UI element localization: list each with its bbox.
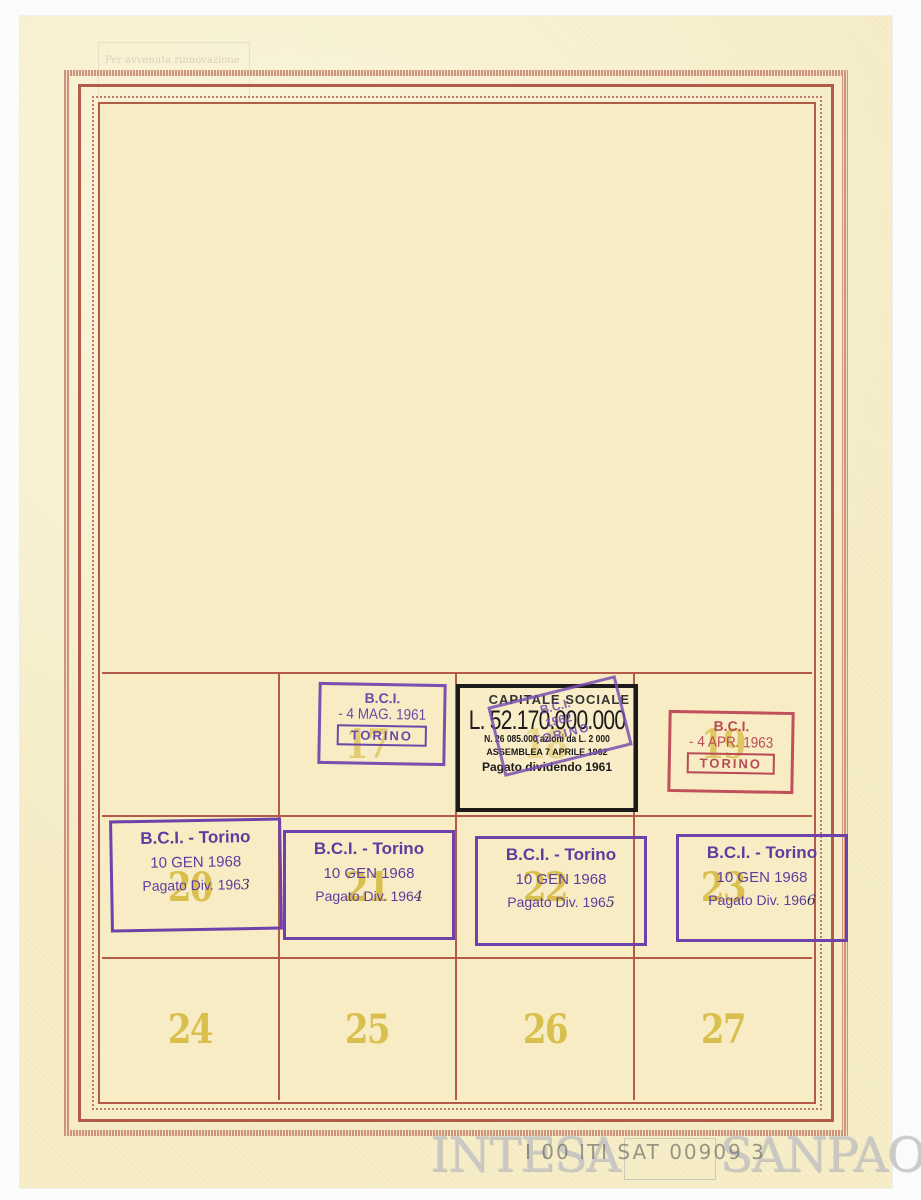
coupon-cell: 27 (635, 957, 813, 1100)
dividend-stamp: B.C.I. - Torino 10 GEN 1968 Pagato Div. … (109, 818, 283, 933)
stamp-paid: Pagato Div. 1964 (292, 888, 446, 905)
paid-prefix: Pagato Div. 196 (315, 888, 414, 904)
coupon-number: 24 (168, 1006, 212, 1053)
stamp-bank: B.C.I. (329, 689, 435, 707)
handwritten-digit: 3 (241, 877, 250, 893)
stamp-city: TORINO (337, 724, 427, 747)
stamp-date: 10 GEN 1968 (484, 871, 638, 888)
paid-prefix: Pagato Div. 196 (708, 892, 807, 908)
coupon-cell: 25 (280, 957, 458, 1100)
bci-date-stamp: B.C.I. - 4 MAG. 1961 TORINO (317, 682, 446, 766)
stamp-date: - 4 MAG. 1961 (334, 705, 430, 724)
stamp-date: - 4 APR. 1963 (684, 733, 778, 752)
coupon-cell (102, 672, 280, 815)
paid-prefix: Pagato Div. 196 (142, 876, 241, 894)
stamp-city: TORINO (687, 752, 775, 775)
handwritten-digit: 5 (606, 895, 615, 911)
bci-date-stamp: B.C.I. - 4 APR. 1963 TORINO (667, 710, 794, 794)
dividend-stamp: B.C.I. - Torino 10 GEN 1968 Pagato Div. … (283, 830, 455, 940)
coupon-cell: 24 (102, 957, 280, 1100)
stamp-paid: Pagato Div. 1966 (685, 892, 839, 909)
coupon-number: 25 (345, 1006, 389, 1053)
coupon-number: 27 (701, 1006, 745, 1053)
stamp-paid: Pagato Div. 1965 (484, 894, 638, 911)
stamp-date: 10 GEN 1968 (685, 869, 839, 886)
stamp-date: 10 GEN 1968 (292, 865, 446, 882)
handwritten-digit: 4 (414, 889, 423, 905)
dividend-stamp: B.C.I. - Torino 10 GEN 1968 Pagato Div. … (676, 834, 848, 942)
stamp-date: 10 GEN 1968 (119, 853, 273, 873)
stamp-bank: B.C.I. - Torino (484, 845, 638, 865)
stamp-paid: Pagato Div. 1963 (119, 876, 273, 896)
stamp-bank: B.C.I. - Torino (118, 827, 272, 850)
pencil-archive-note: I 00 ITI SAT 00909 3 (525, 1140, 766, 1164)
coupon-cell: 26 (457, 957, 635, 1100)
stamp-bank: B.C.I. (679, 717, 783, 735)
stamp-bank: B.C.I. - Torino (685, 843, 839, 863)
paid-prefix: Pagato Div. 196 (507, 894, 606, 910)
stamp-bank: B.C.I. - Torino (292, 839, 446, 859)
handwritten-digit: 6 (807, 893, 816, 909)
dividend-stamp: B.C.I. - Torino 10 GEN 1968 Pagato Div. … (475, 836, 647, 946)
coupon-number: 26 (523, 1006, 567, 1053)
